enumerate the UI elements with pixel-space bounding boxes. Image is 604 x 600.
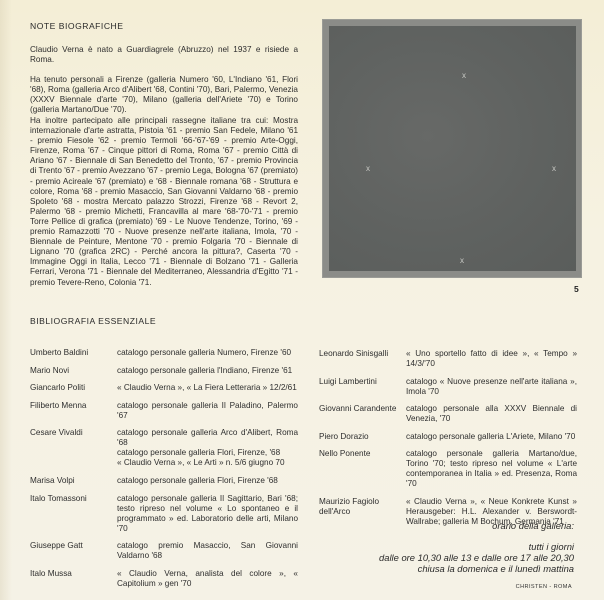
bibliography-entry: Cesare Vivaldicatalogo personale galleri…	[30, 428, 298, 468]
bibliography-reference-text: catalogo personale galleria Il Sagittari…	[117, 494, 298, 534]
bibliography-reference: « Claudio Verna », « La Fiera Letteraria…	[117, 383, 298, 393]
bibliography-reference-text: catalogo personale alla XXXV Biennale di…	[406, 404, 577, 424]
bibliography-reference-text: catalogo « Nuove presenze nell'arte ital…	[406, 377, 577, 397]
bibliography-author: Luigi Lambertini	[319, 377, 406, 397]
bibliography-reference: catalogo personale galleria Numero, Fire…	[117, 348, 298, 358]
bibliography-heading: BIBLIOGRAFIA ESSENZIALE	[30, 316, 156, 326]
bibliography-reference: catalogo « Nuove presenze nell'arte ital…	[406, 377, 577, 397]
bibliography-entry: Nello Ponentecatalogo personale galleria…	[319, 449, 577, 489]
bibliography-entry: Umberto Baldinicatalogo personale galler…	[30, 348, 298, 358]
bibliography-reference: catalogo personale galleria Il Sagittari…	[117, 494, 298, 534]
bibliography-right-column: Leonardo Sinisgalli« Uno sportello fatto…	[319, 349, 577, 535]
bibliography-entry: Piero Doraziocatalogo personale galleria…	[319, 432, 577, 442]
bibliography-reference-text: catalogo personale galleria Arco d'Alibe…	[117, 428, 298, 448]
bibliography-reference: catalogo personale galleria l'Indiano, F…	[117, 366, 298, 376]
bibliography-reference: catalogo personale galleria L'Ariete, Mi…	[406, 432, 577, 442]
bibliography-author: Giancarlo Politi	[30, 383, 117, 393]
page-number: 5	[574, 284, 579, 294]
bibliography-left-column: Umberto Baldinicatalogo personale galler…	[30, 348, 298, 596]
bibliography-reference-text: catalogo personale galleria Flori, Firen…	[117, 476, 298, 486]
page-edge-shadow	[0, 0, 12, 600]
bibliography-entry: Italo Tomassonicatalogo personale galler…	[30, 494, 298, 534]
catalog-page: NOTE BIOGRAFICHE Claudio Verna è nato a …	[0, 0, 604, 600]
bibliography-reference-text: catalogo personale galleria Flori, Firen…	[117, 448, 298, 458]
bibliography-entry: Giancarlo Politi« Claudio Verna », « La …	[30, 383, 298, 393]
bio-paragraph-3: Ha inoltre partecipato alle principali r…	[30, 116, 298, 288]
bibliography-author: Nello Ponente	[319, 449, 406, 489]
bibliography-reference-text: catalogo personale galleria l'Indiano, F…	[117, 366, 298, 376]
bibliography-reference-text: catalogo personale galleria L'Ariete, Mi…	[406, 432, 577, 442]
artwork-canvas	[329, 26, 576, 271]
printer-credit: CHRISTEN - ROMA	[516, 584, 572, 590]
gallery-hours-title: orario della galleria:	[492, 520, 574, 531]
bibliography-reference: catalogo premio Masaccio, San Giovanni V…	[117, 541, 298, 561]
bibliography-author: Italo Mussa	[30, 569, 117, 589]
bibliography-reference-text: catalogo personale galleria Il Paladino,…	[117, 401, 298, 421]
artwork-mark-top: x	[460, 72, 468, 80]
bibliography-reference: catalogo personale alla XXXV Biennale di…	[406, 404, 577, 424]
bibliography-reference-text: catalogo personale galleria Numero, Fire…	[117, 348, 298, 358]
bibliography-author: Italo Tomassoni	[30, 494, 117, 534]
bibliography-author: Giuseppe Gatt	[30, 541, 117, 561]
bibliography-reference-text: catalogo personale galleria Martano/due,…	[406, 449, 577, 489]
gallery-hours-line-2: dalle ore 10,30 alle 13 e dalle ore 17 a…	[379, 552, 574, 563]
bibliography-author: Filiberto Menna	[30, 401, 117, 421]
artwork-mark-bottom: x	[458, 257, 466, 265]
bibliography-author: Giovanni Carandente	[319, 404, 406, 424]
artwork-image: x x x x	[322, 19, 582, 278]
bibliography-reference: catalogo personale galleria Arco d'Alibe…	[117, 428, 298, 468]
bio-heading: NOTE BIOGRAFICHE	[30, 21, 123, 31]
bibliography-author: Maurizio Fagiolo dell'Arco	[319, 497, 406, 527]
gallery-hours-line-1: tutti i giorni	[529, 541, 574, 552]
bibliography-reference-text: « Uno sportello fatto di idee », « Tempo…	[406, 349, 577, 369]
bibliography-reference-text: catalogo premio Masaccio, San Giovanni V…	[117, 541, 298, 561]
bio-paragraph-1: Claudio Verna è nato a Guardiagrele (Abr…	[30, 45, 298, 65]
bibliography-reference: « Uno sportello fatto di idee », « Tempo…	[406, 349, 577, 369]
bibliography-author: Piero Dorazio	[319, 432, 406, 442]
bibliography-entry: Luigi Lambertinicatalogo « Nuove presenz…	[319, 377, 577, 397]
bibliography-reference: catalogo personale galleria Il Paladino,…	[117, 401, 298, 421]
bibliography-author: Marisa Volpi	[30, 476, 117, 486]
bibliography-entry: Giovanni Carandentecatalogo personale al…	[319, 404, 577, 424]
bibliography-author: Umberto Baldini	[30, 348, 117, 358]
bibliography-entry: Leonardo Sinisgalli« Uno sportello fatto…	[319, 349, 577, 369]
bibliography-entry: Marisa Volpicatalogo personale galleria …	[30, 476, 298, 486]
bibliography-entry: Giuseppe Gattcatalogo premio Masaccio, S…	[30, 541, 298, 561]
bibliography-reference: « Claudio Verna, analista del colore », …	[117, 569, 298, 589]
gallery-hours-line-3: chiusa la domenica e il lunedì mattina	[418, 563, 574, 574]
bibliography-author: Leonardo Sinisgalli	[319, 349, 406, 369]
bibliography-author: Cesare Vivaldi	[30, 428, 117, 468]
bio-paragraph-2: Ha tenuto personali a Firenze (galleria …	[30, 75, 298, 115]
artwork-mark-left: x	[364, 165, 372, 173]
bibliography-entry: Mario Novicatalogo personale galleria l'…	[30, 366, 298, 376]
bibliography-reference-text: « Claudio Verna », « La Fiera Letteraria…	[117, 383, 298, 393]
bibliography-reference: catalogo personale galleria Martano/due,…	[406, 449, 577, 489]
bibliography-entry: Italo Mussa« Claudio Verna, analista del…	[30, 569, 298, 589]
bibliography-reference-text: « Claudio Verna », « Le Arti » n. 5/6 gi…	[117, 458, 298, 468]
bibliography-reference: catalogo personale galleria Flori, Firen…	[117, 476, 298, 486]
artwork-mark-right: x	[550, 165, 558, 173]
bibliography-entry: Filiberto Mennacatalogo personale galler…	[30, 401, 298, 421]
bibliography-reference-text: « Claudio Verna, analista del colore », …	[117, 569, 298, 589]
bibliography-author: Mario Novi	[30, 366, 117, 376]
